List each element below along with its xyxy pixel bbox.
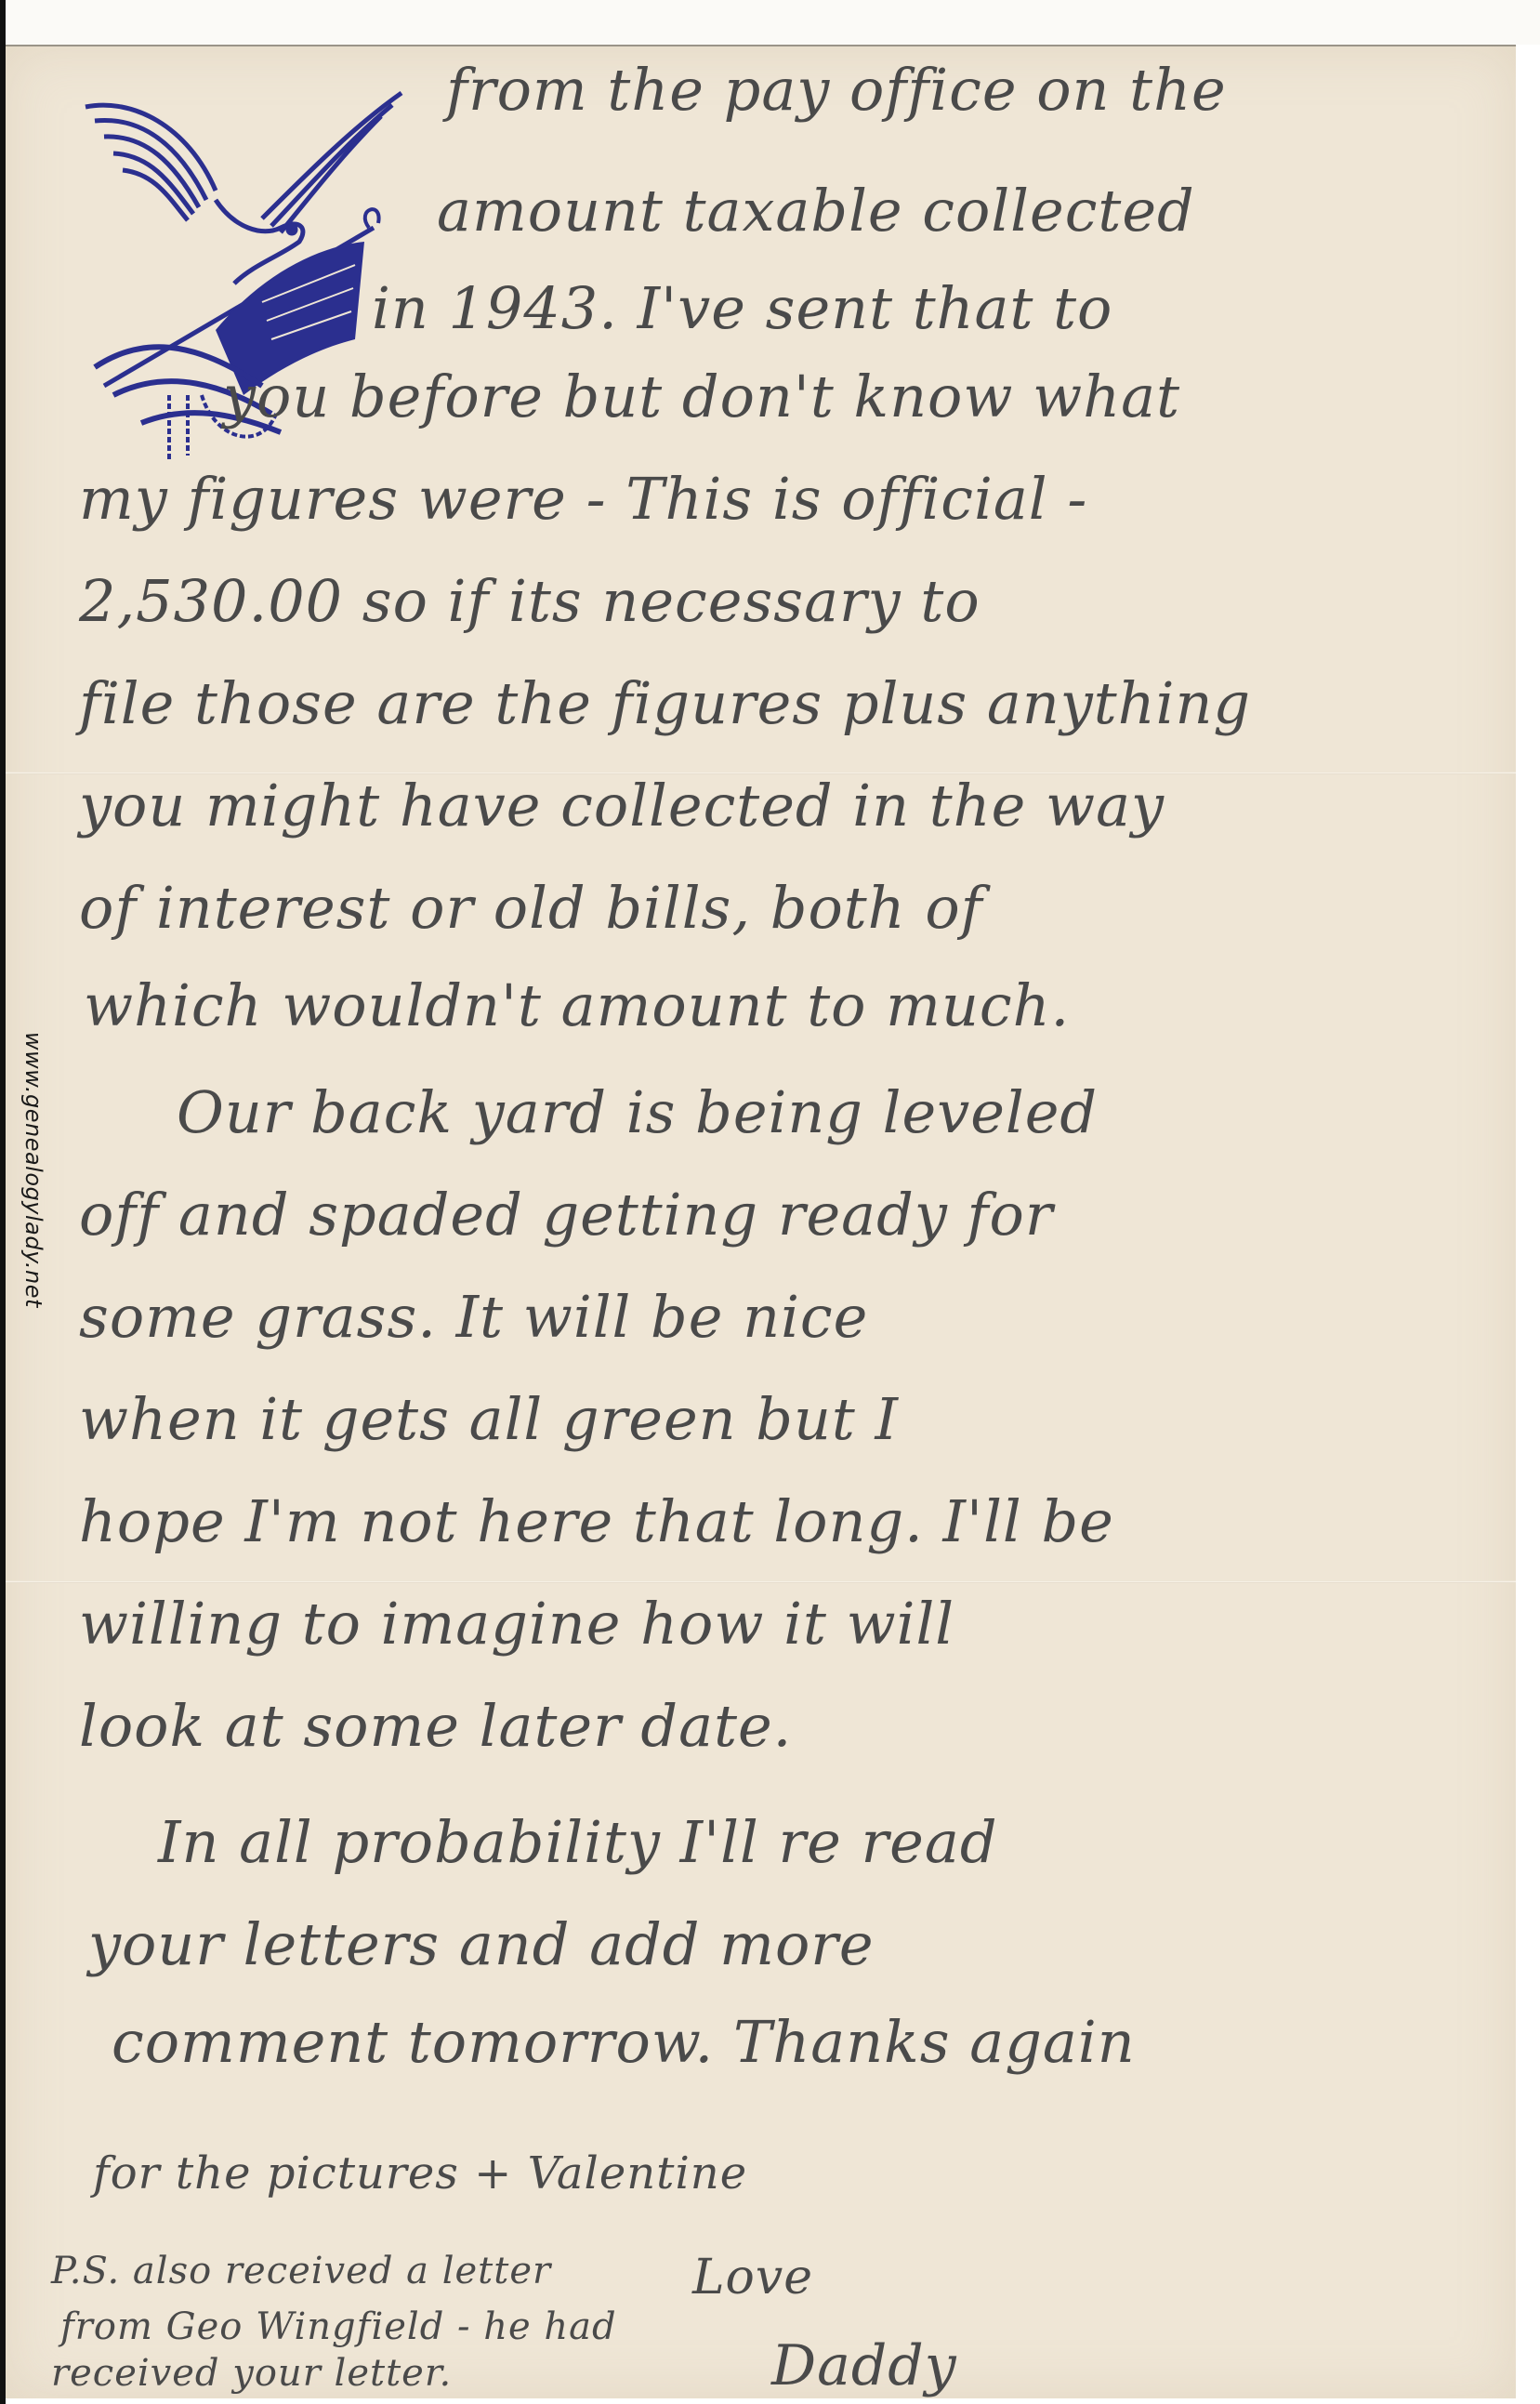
letter-line: look at some later date. <box>79 1692 792 1760</box>
letter-line: In all probability I'll re read <box>158 1808 998 1876</box>
letter-line: Our back yard is being leveled <box>177 1078 1098 1146</box>
letter-line: 2,530.00 so if its necessary to <box>79 567 981 635</box>
watermark: www.genealogylady.net <box>20 1032 46 1308</box>
letter-line: you might have collected in the way <box>79 772 1165 839</box>
fold-crease <box>6 1580 1516 1583</box>
letter-line: which wouldn't amount to much. <box>84 971 1070 1039</box>
letter-line: in 1943. I've sent that to <box>372 274 1112 342</box>
letter-line: for the pictures + Valentine <box>93 2147 747 2199</box>
letter-line: when it gets all green but I <box>79 1385 899 1453</box>
signature: Daddy <box>771 2333 957 2398</box>
letter-line: from the pay office on the <box>446 56 1227 124</box>
letter-line: hope I'm not here that long. I'll be <box>79 1487 1114 1555</box>
letter-line: some grass. It will be nice <box>79 1283 868 1351</box>
scan-top-margin <box>0 0 1540 45</box>
letter-line: you before but don't know what <box>223 363 1180 430</box>
letter-line: my figures were - This is official - <box>79 465 1087 533</box>
letter-line: willing to imagine how it will <box>79 1590 954 1658</box>
postscript-line: from Geo Wingfield - he had <box>60 2305 617 2348</box>
letter-line: your letters and add more <box>88 1910 875 1978</box>
letter-line: file those are the figures plus anything <box>79 669 1251 737</box>
closing: Love <box>692 2250 813 2305</box>
letter-line: of interest or old bills, both of <box>79 874 983 942</box>
letter-line: off and spaded getting ready for <box>79 1181 1053 1248</box>
letter-line: amount taxable collected <box>437 177 1195 244</box>
postscript-line: received your letter. <box>51 2352 452 2395</box>
letter-line: comment tomorrow. Thanks again <box>112 2008 1136 2076</box>
postscript-line: P.S. also received a letter <box>51 2250 551 2292</box>
